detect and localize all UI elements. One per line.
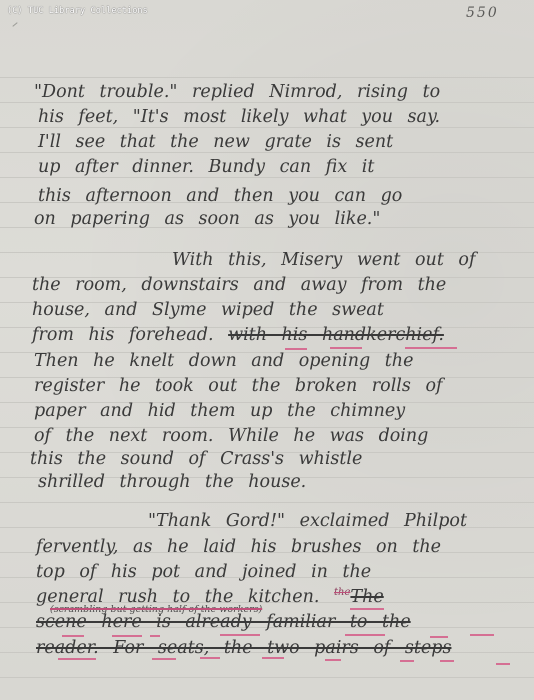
manuscript-line-11: Then he knelt down and opening the bbox=[34, 351, 413, 371]
correction-mark bbox=[440, 660, 454, 662]
manuscript-line-5: this afternoon and then you can go bbox=[38, 186, 402, 206]
manuscript-line-14: of the next room. While he was doing bbox=[34, 426, 428, 446]
manuscript-line-6: on papering as soon as you like." bbox=[34, 209, 380, 229]
correction-mark bbox=[152, 658, 176, 660]
manuscript-line-19: top of his pot and joined in the bbox=[36, 562, 371, 582]
ruled-line bbox=[0, 177, 534, 178]
ruled-line bbox=[0, 152, 534, 153]
manuscript-line-12: register he took out the broken rolls of bbox=[34, 376, 442, 396]
manuscript-line-17: "Thank Gord!" exclaimed Philpot bbox=[148, 511, 467, 531]
correction-mark bbox=[220, 634, 260, 636]
deleted-text: reader. For seats bbox=[36, 638, 204, 658]
manuscript-line-13: paper and hid them up the chimney bbox=[34, 401, 405, 421]
correction-mark bbox=[325, 659, 341, 661]
manuscript-page: (C) TUC Library Collections 550 "Dont tr… bbox=[0, 0, 534, 700]
ruled-line bbox=[0, 102, 534, 103]
correction-mark bbox=[150, 635, 160, 637]
manuscript-line-8: the room, downstairs and away from the bbox=[32, 275, 446, 295]
manuscript-line-1: "Dont trouble." replied Nimrod, rising t… bbox=[34, 82, 440, 102]
pencil-tick-mark bbox=[12, 22, 17, 27]
manuscript-line-2: his feet, "It's most likely what you say… bbox=[38, 107, 440, 127]
deleted-word: The bbox=[350, 587, 383, 610]
manuscript-line-10: from his forehead. with his handkerchief… bbox=[32, 325, 444, 345]
deleted-phrase: with his handkerchief. bbox=[228, 325, 444, 345]
ruled-line bbox=[0, 127, 534, 128]
correction-mark bbox=[345, 634, 385, 636]
correction-mark bbox=[330, 347, 362, 349]
correction-mark bbox=[200, 657, 220, 659]
copyright-watermark: (C) TUC Library Collections bbox=[7, 6, 148, 16]
manuscript-line-9: house, and Slyme wiped the sweat bbox=[32, 300, 384, 320]
manuscript-line-16: shrilled through the house. bbox=[38, 472, 306, 492]
manuscript-line-4: up after dinner. Bundy can fix it bbox=[38, 157, 374, 177]
ruled-line bbox=[0, 677, 534, 678]
correction-mark bbox=[262, 657, 284, 659]
correction-mark bbox=[285, 348, 307, 350]
deleted-word: the bbox=[334, 587, 350, 598]
correction-mark bbox=[62, 635, 84, 637]
correction-mark bbox=[405, 347, 457, 349]
manuscript-line-7: With this, Misery went out of bbox=[172, 250, 475, 270]
ruled-line bbox=[0, 77, 534, 78]
manuscript-line-22: reader. For seats, the two pairs of step… bbox=[36, 638, 451, 658]
ruled-line bbox=[0, 502, 534, 503]
correction-mark bbox=[112, 635, 142, 637]
manuscript-line-18: fervently, as he laid his brushes on the bbox=[36, 537, 441, 557]
correction-mark bbox=[496, 663, 510, 665]
correction-mark bbox=[400, 660, 414, 662]
manuscript-line-15: this the sound of Crass's whistle bbox=[30, 449, 362, 469]
correction-mark bbox=[430, 636, 448, 638]
correction-mark bbox=[58, 658, 96, 660]
page-number: 550 bbox=[466, 5, 499, 21]
manuscript-line-21-deleted: scene here is already familiar to the bbox=[36, 612, 411, 632]
correction-mark bbox=[470, 634, 494, 636]
manuscript-line-3: I'll see that the new grate is sent bbox=[38, 132, 393, 152]
deleted-text: , the two pairs of steps bbox=[204, 638, 452, 658]
line-10-text: from his forehead. bbox=[32, 325, 214, 345]
